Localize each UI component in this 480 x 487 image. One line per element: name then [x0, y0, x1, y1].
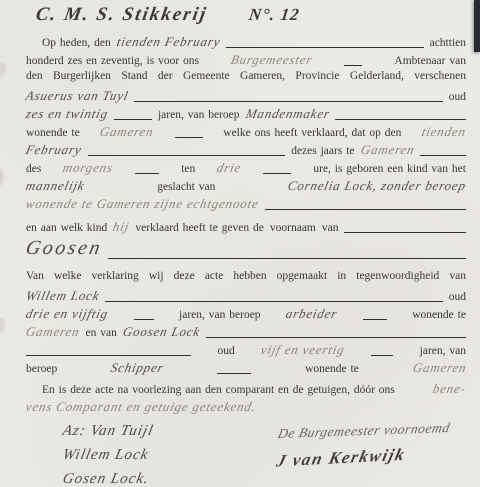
fill-rule — [344, 65, 362, 66]
handwritten-text: bene- — [431, 381, 467, 397]
fill-rule — [344, 232, 466, 233]
print-text: wonende te — [26, 127, 80, 139]
handwritten-text: drie — [216, 160, 244, 176]
fill-rule — [134, 101, 442, 102]
print-text: En is deze acte na voorlezing aan den co… — [42, 384, 395, 396]
handwritten-text: tienden — [420, 124, 467, 140]
print-text: Van welke verklaring wij deze acte hebbe… — [26, 270, 466, 282]
document-line: drie en vijftigjaren, van beroeparbeider… — [26, 306, 466, 324]
handwritten-text: vens Comparant en getuige geteekend. — [24, 399, 257, 415]
print-text: Op heden, den — [42, 37, 111, 49]
fill-rule — [105, 301, 442, 302]
document-line: Asuerus van Tuyloud — [26, 88, 466, 106]
handwritten-text: Goosen Lock — [121, 324, 201, 340]
print-text: en van — [86, 327, 117, 339]
handwritten-text: hij — [112, 219, 132, 235]
handwritten-text: wonende te Gameren zijne echtgenoote — [24, 196, 260, 212]
print-text: oud — [217, 345, 234, 357]
print-text: Ambtenaar van — [394, 55, 466, 67]
fill-rule — [217, 373, 251, 374]
fill-rule — [26, 355, 191, 356]
document-line: vens Comparant en getuige geteekend. — [26, 399, 466, 417]
handwritten-text: Willem Lock — [24, 288, 101, 304]
signature-right: De Burgemeester voornoemd J van Kerkwijk — [278, 423, 454, 487]
document-line: Goosen — [26, 237, 466, 263]
fill-rule — [206, 337, 466, 338]
print-text: dezes jaars te — [291, 145, 354, 157]
handwritten-text: tienden February — [115, 34, 222, 50]
document-line: honderd zes en zeventig, is voor onsBurg… — [26, 52, 466, 70]
print-text: honderd zes en zeventig, is voor ons — [26, 55, 199, 67]
print-text: welke ons heeft verklaard, dat op den — [223, 127, 401, 139]
fill-rule — [135, 173, 159, 174]
document-line: zes en twintigjaren, van beroepMandenmak… — [26, 106, 466, 124]
document-line: mannelijkgeslacht vanCornelia Lock, zond… — [26, 178, 466, 196]
print-text: achttien — [430, 37, 466, 49]
fill-rule — [263, 173, 291, 174]
print-text: oud — [449, 291, 466, 303]
document-header: C. M. S. Stikkerij N°. 12 — [26, 4, 466, 34]
signature-left: Az: Van TuijlWillem LockGosen Lock. — [62, 423, 153, 487]
print-text: jaren, van — [420, 345, 466, 357]
handwritten-text: February — [24, 142, 83, 158]
handwritten-text: morgens — [62, 160, 115, 176]
handwritten-text: Schipper — [109, 360, 165, 376]
document-line: Gamerenen vanGoosen Lock — [26, 324, 466, 342]
print-text: wonende te — [305, 363, 359, 375]
fill-rule — [363, 319, 387, 320]
fill-rule — [114, 119, 152, 120]
document-line: oudvijf en veertigjaren, van — [26, 342, 466, 360]
print-text: voornaam — [270, 222, 316, 234]
handwritten-text: Gameren — [359, 142, 416, 158]
fill-rule — [175, 137, 203, 138]
print-text: beroep — [26, 363, 57, 375]
fill-rule — [134, 319, 154, 320]
fill-rule — [371, 355, 393, 356]
print-text: ten — [181, 163, 195, 175]
document-line: Februarydezes jaars teGameren — [26, 142, 466, 160]
handwritten-text: arbeider — [284, 306, 339, 322]
birth-certificate-document: C. M. S. Stikkerij N°. 12 Op heden, dent… — [0, 0, 480, 487]
handwritten-text: drie en vijftig — [24, 306, 109, 322]
fill-rule — [226, 47, 423, 48]
document-line: en aan welk kindhijverklaard heeft te ge… — [26, 219, 466, 237]
handwritten-text: Gameren — [24, 324, 81, 340]
document-line: Op heden, dentienden Februaryachttien — [26, 34, 466, 52]
print-text: jaren, van beroep — [179, 309, 261, 321]
handwritten-text: Gameren — [99, 124, 156, 140]
document-line: beroepSchipperwonende teGameren — [26, 360, 466, 378]
document-line: den Burgerlijken Stand der Gemeente Game… — [26, 70, 466, 88]
signature-name: Az: Van Tuijl — [59, 423, 155, 447]
print-text: oud — [449, 91, 466, 103]
handwritten-text: vijf en veertig — [260, 342, 347, 358]
handwritten-text: Goosen — [24, 237, 105, 260]
fill-rule — [108, 258, 466, 259]
print-text: ure, is geboren een kind van het — [313, 163, 466, 175]
handwritten-text: Cornelia Lock, zonder beroep — [286, 178, 467, 194]
fill-rule — [88, 155, 286, 156]
print-text: geslacht van — [157, 181, 215, 193]
signature-name: Gosen Lock. — [59, 471, 155, 487]
document-line: Willem Lockoud — [26, 288, 466, 306]
document-lines: Op heden, dentienden Februaryachttienhon… — [26, 34, 466, 417]
document-line: wonende te Gameren zijne echtgenoote — [26, 196, 466, 214]
signature-block: Az: Van TuijlWillem LockGosen Lock. De B… — [26, 417, 466, 487]
print-text: jaren, van beroep — [158, 109, 240, 121]
header-annotation: C. M. S. Stikkerij — [34, 4, 209, 26]
print-text: van — [322, 222, 339, 234]
handwritten-text: Gameren — [411, 360, 468, 376]
print-text: des — [26, 163, 41, 175]
document-line: Van welke verklaring wij deze acte hebbe… — [26, 270, 466, 288]
document-line: En is deze acte na voorlezing aan den co… — [26, 381, 466, 399]
handwritten-text: Mandenmaker — [244, 106, 331, 122]
print-text: den Burgerlijken Stand der Gemeente Game… — [26, 70, 466, 82]
document-line: desmorgenstendrieure, is geboren een kin… — [26, 160, 466, 178]
print-text: verklaard heeft te geven de — [135, 222, 264, 234]
handwritten-text: Burgemeester — [229, 52, 314, 68]
fill-rule — [335, 119, 466, 120]
print-text: en aan welk kind — [26, 222, 107, 234]
fill-rule — [420, 155, 466, 156]
fill-rule — [265, 209, 466, 210]
handwritten-text: mannelijk — [24, 178, 86, 194]
print-text: wonende te — [412, 309, 466, 321]
act-number: N°. 12 — [248, 5, 301, 25]
document-line: wonende teGamerenwelke ons heeft verklaa… — [26, 124, 466, 142]
handwritten-text: Asuerus van Tuyl — [24, 88, 130, 104]
handwritten-text: zes en twintig — [24, 106, 109, 122]
signature-name: Willem Lock — [59, 447, 155, 471]
